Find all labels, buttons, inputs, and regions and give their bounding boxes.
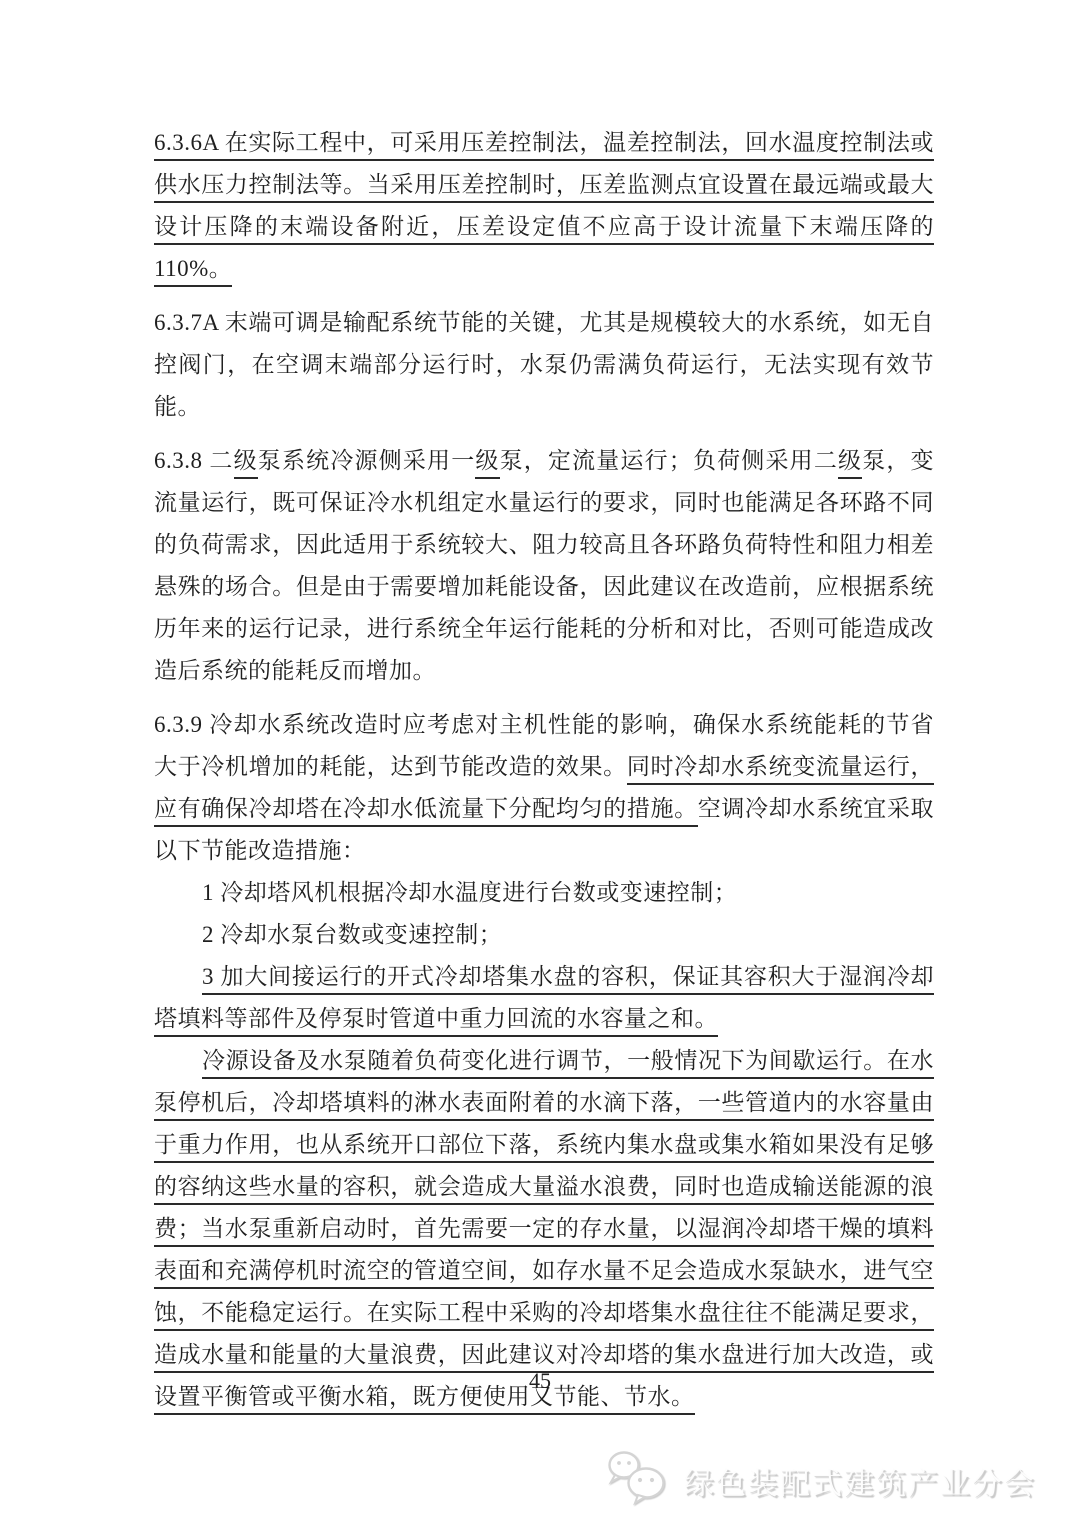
explanation-paragraph: 冷源设备及水泵随着负荷变化进行调节，一般情况下为间歇运行。在水泵停机后，冷却塔填… bbox=[154, 1040, 934, 1418]
list-item-2: 2 冷却水泵台数或变速控制； bbox=[154, 914, 934, 956]
footer-brand-text: 绿色装配式建筑产业分会 bbox=[684, 1459, 1036, 1503]
text: 泵，变流量运行，既可保证冷水机组定水量运行的要求，同时也能满足各环路不同的负荷需… bbox=[154, 448, 934, 683]
text: 1 冷却塔风机根据冷却水温度进行台数或变速控制； bbox=[202, 880, 737, 905]
underlined-text: 3 加大间接运行的开式冷却塔集水盘的容积，保证其容积大于湿润冷却塔填料等部件及停… bbox=[154, 964, 934, 1037]
footer-watermark: 绿色装配式建筑产业分会 bbox=[606, 1450, 1036, 1511]
text: 2 冷却水泵台数或变速控制； bbox=[202, 922, 502, 947]
list-item-3: 3 加大间接运行的开式冷却塔集水盘的容积，保证其容积大于湿润冷却塔填料等部件及停… bbox=[154, 956, 934, 1040]
document-page: 6.3.6A 在实际工程中，可采用压差控制法，温差控制法，回水温度控制法或供水压… bbox=[0, 0, 1080, 1528]
text: 6.3.8 二 bbox=[154, 448, 234, 473]
underlined-text: 冷源设备及水泵随着负荷变化进行调节，一般情况下为间歇运行。在水泵停机后，冷却塔填… bbox=[154, 1048, 934, 1415]
text: 泵系统冷源侧采用一 bbox=[258, 448, 476, 473]
underlined-text: 6.3.6A 在实际工程中，可采用压差控制法，温差控制法，回水温度控制法或供水压… bbox=[154, 130, 934, 287]
clause-6-3-6a: 6.3.6A 在实际工程中，可采用压差控制法，温差控制法，回水温度控制法或供水压… bbox=[154, 122, 934, 290]
text: 6.3.7A 末端可调是输配系统节能的关键，尤其是规模较大的水系统，如无自控阀门… bbox=[154, 310, 934, 419]
clause-6-3-9: 6.3.9 冷却水系统改造时应考虑对主机性能的影响，确保水系统能耗的节省大于冷机… bbox=[154, 704, 934, 872]
list-item-1: 1 冷却塔风机根据冷却水温度进行台数或变速控制； bbox=[154, 872, 934, 914]
clause-6-3-8: 6.3.8 二级泵系统冷源侧采用一级泵，定流量运行；负荷侧采用二级泵，变流量运行… bbox=[154, 440, 934, 692]
underlined-text: 级 bbox=[475, 448, 499, 479]
underlined-text: 级 bbox=[838, 448, 862, 479]
document-body: 6.3.6A 在实际工程中，可采用压差控制法，温差控制法，回水温度控制法或供水压… bbox=[154, 122, 934, 1418]
clause-6-3-7a: 6.3.7A 末端可调是输配系统节能的关键，尤其是规模较大的水系统，如无自控阀门… bbox=[154, 302, 934, 428]
wechat-icon bbox=[606, 1450, 672, 1511]
page-number: 45 bbox=[0, 1368, 1080, 1394]
underlined-text: 级 bbox=[234, 448, 258, 479]
text: 泵，定流量运行；负荷侧采用二 bbox=[500, 448, 838, 473]
